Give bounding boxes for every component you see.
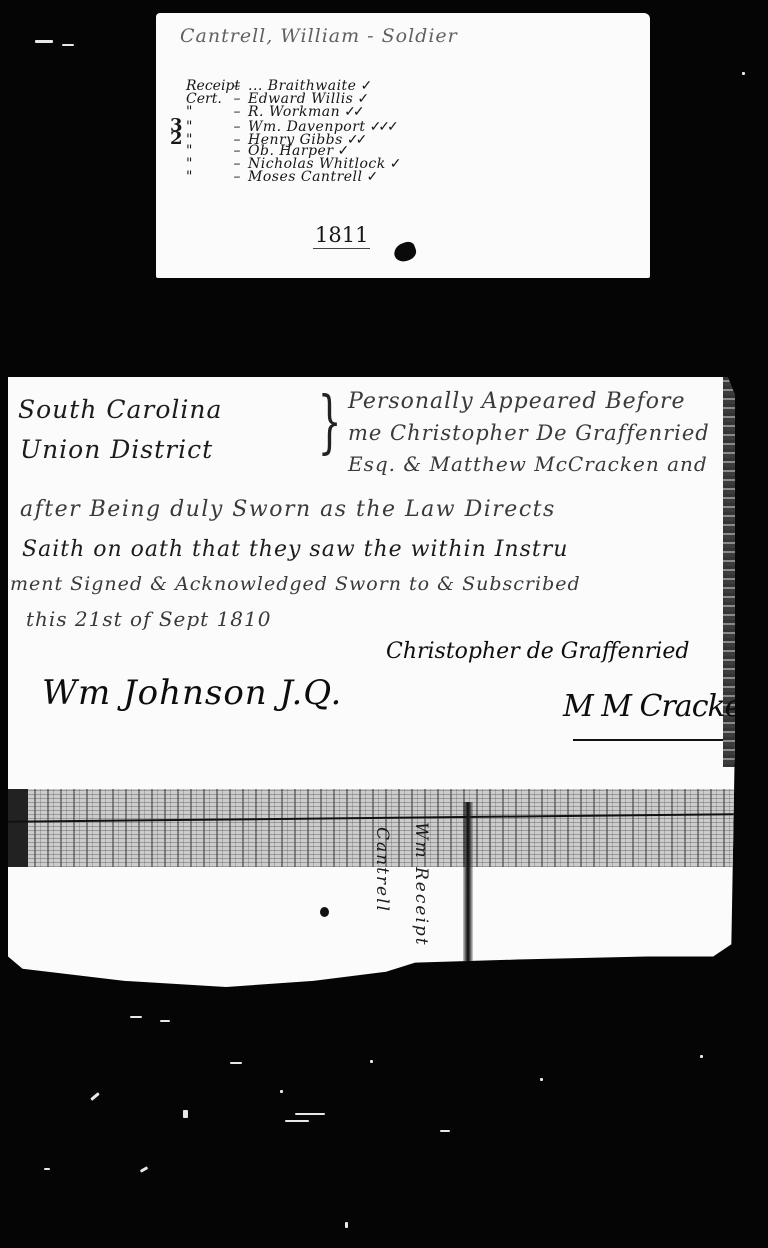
jurisdiction-district: Union District [20, 435, 213, 464]
entry-type: " [186, 106, 226, 119]
checkmark-icon: ✓ [367, 171, 376, 184]
speck [230, 1062, 242, 1064]
speck [295, 1113, 325, 1115]
body-line: Personally Appeared Before [348, 389, 686, 414]
card-entry: " – Moses Cantrell ✓ [170, 171, 590, 184]
body-line: me Christopher De Graffenried [348, 421, 710, 445]
affidavit-document: South Carolina Union District } Personal… [8, 377, 735, 987]
entry-type: " [186, 145, 226, 158]
speck [440, 1130, 450, 1132]
body-line: Esq. & Matthew McCracken and [348, 452, 708, 476]
signature-justice: Wm Johnson J.Q. [42, 673, 342, 713]
body-line: Saith on oath that they saw the within I… [22, 537, 568, 562]
speck [370, 1060, 373, 1063]
card-year: 1811 [313, 223, 370, 249]
card-entry: Receipt – ... Braithwaite ✓ [170, 80, 590, 93]
speck [540, 1078, 543, 1081]
speck [700, 1055, 703, 1058]
card-entry: " – R. Workman ✓✓ [170, 106, 590, 119]
docket-note: Wm Receipt [411, 822, 431, 947]
ink-dot [320, 907, 329, 917]
entry-type: Cert. [186, 93, 226, 106]
checkmark-icon: ✓✓ [347, 134, 364, 147]
checkmark-icon: ✓✓ [344, 106, 361, 119]
entry-type: " [186, 158, 226, 171]
body-line: ment Signed & Acknowledged Sworn to & Su… [10, 573, 581, 595]
signature-underline [573, 739, 723, 741]
card-entry: Cert. – Edward Willis ✓ [170, 93, 590, 106]
index-card: Cantrell, William - Soldier Receipt – ..… [156, 13, 650, 278]
entry-name: R. Workman [248, 106, 340, 119]
docket-note: Cantrell [372, 827, 392, 913]
brace: } [318, 389, 342, 457]
checkmark-icon: ✓✓✓ [370, 121, 396, 134]
speck [44, 1168, 50, 1170]
signature-mccracken: M M Cracken [563, 689, 760, 724]
speck [280, 1090, 283, 1093]
speck [90, 1092, 100, 1101]
entry-dash: – [226, 171, 248, 184]
speck [35, 40, 53, 43]
speck [160, 1020, 170, 1022]
card-entry-list: Receipt – ... Braithwaite ✓ Cert. – Edwa… [170, 80, 590, 184]
entry-name: Moses Cantrell [248, 171, 363, 184]
entry-count: 2 [170, 132, 186, 145]
speck [285, 1120, 309, 1122]
speck [130, 1016, 142, 1018]
speck [183, 1110, 188, 1118]
checkmark-icon: ✓ [390, 158, 399, 171]
signature-christopher: Christopher de Graffenried [386, 639, 689, 664]
speck [140, 1166, 148, 1173]
entry-type: " [186, 121, 226, 134]
ink-blot [392, 240, 419, 264]
speck [742, 72, 745, 75]
entry-dash: – [226, 106, 248, 119]
card-header: Cantrell, William - Soldier [180, 25, 458, 47]
card-entry: 3 " – Wm. Davenport ✓✓✓ [170, 119, 590, 132]
vertical-crease [463, 802, 473, 972]
entry-type: " [186, 171, 226, 184]
jurisdiction-state: South Carolina [18, 395, 222, 424]
speck [62, 44, 74, 46]
fold-damage-edge [8, 789, 28, 867]
speck [345, 1222, 348, 1228]
body-line: this 21st of Sept 1810 [26, 607, 271, 631]
card-entry: " – Nicholas Whitlock ✓ [170, 158, 590, 171]
body-line: after Being duly Sworn as the Law Direct… [20, 497, 556, 522]
